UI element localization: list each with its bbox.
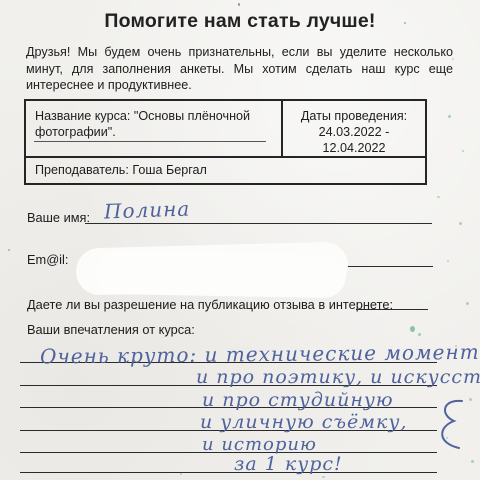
course-info-table: Название курса: "Основы плёночной фотогр… [24, 99, 427, 185]
scan-speckle [446, 437, 448, 439]
handwritten-impression-5: и историю [202, 434, 317, 455]
scan-speckle [410, 326, 415, 332]
permission-label: Даете ли вы разрешение на публикацию отз… [27, 297, 393, 312]
dates-value: 24.03.2022 - 12.04.2022 [287, 124, 421, 156]
handwritten-impression-3: и про студийную [202, 389, 394, 411]
impressions-label: Ваши впечатления от курса: [27, 322, 195, 337]
scan-speckle [469, 398, 472, 401]
email-redaction-blob-2 [96, 250, 347, 298]
course-name-cell: Название курса: "Основы плёночной фотогр… [26, 101, 283, 156]
handwritten-impression-2: и про поэтику, и искусство [196, 366, 480, 388]
scan-speckle [8, 249, 10, 251]
name-answer-line [85, 223, 432, 224]
handwritten-impression-4: и уличную съёмку, [200, 411, 407, 433]
scanned-feedback-form: Помогите нам стать лучше! Друзья! Мы буд… [0, 0, 480, 480]
scan-speckle [455, 345, 457, 347]
handwritten-impression-1: Очень круто: и технические моменты, [40, 340, 480, 369]
course-name-blank-line [34, 141, 266, 142]
handwritten-name: Полина [104, 197, 191, 224]
teacher-text: Преподаватель: Гоша Бергал [35, 163, 207, 177]
scan-speckle [459, 222, 462, 225]
teacher-cell: Преподаватель: Гоша Бергал [26, 156, 425, 183]
permission-answer-line [356, 309, 428, 310]
form-title: Помогите нам стать лучше! [0, 10, 480, 33]
email-answer-line [344, 266, 433, 267]
scan-speckle [462, 150, 464, 152]
scan-speckle [452, 58, 454, 60]
intro-paragraph: Друзья! Мы будем очень признательны, есл… [26, 44, 453, 94]
scan-speckle [238, 3, 240, 6]
scan-speckle [322, 476, 325, 478]
email-label: Em@il: [27, 252, 68, 267]
scan-speckle [447, 260, 449, 262]
scan-speckle [437, 196, 440, 198]
answer-line-6 [20, 472, 437, 473]
dates-label: Даты проведения: [287, 108, 421, 124]
scan-speckle [418, 333, 421, 336]
course-name-text: Название курса: "Основы плёночной фотогр… [35, 109, 250, 139]
scan-speckle [466, 302, 469, 305]
handwritten-impression-6: за 1 курс! [234, 453, 343, 475]
scan-speckle [448, 115, 451, 118]
scan-speckle [404, 22, 406, 24]
course-table-row-1: Название курса: "Основы плёночной фотогр… [26, 101, 425, 156]
name-label: Ваше имя: [27, 210, 90, 225]
handwriting-flourish [434, 398, 468, 450]
course-dates-cell: Даты проведения: 24.03.2022 - 12.04.2022 [283, 101, 425, 156]
scan-speckle [471, 460, 474, 463]
scan-speckle [180, 473, 182, 475]
